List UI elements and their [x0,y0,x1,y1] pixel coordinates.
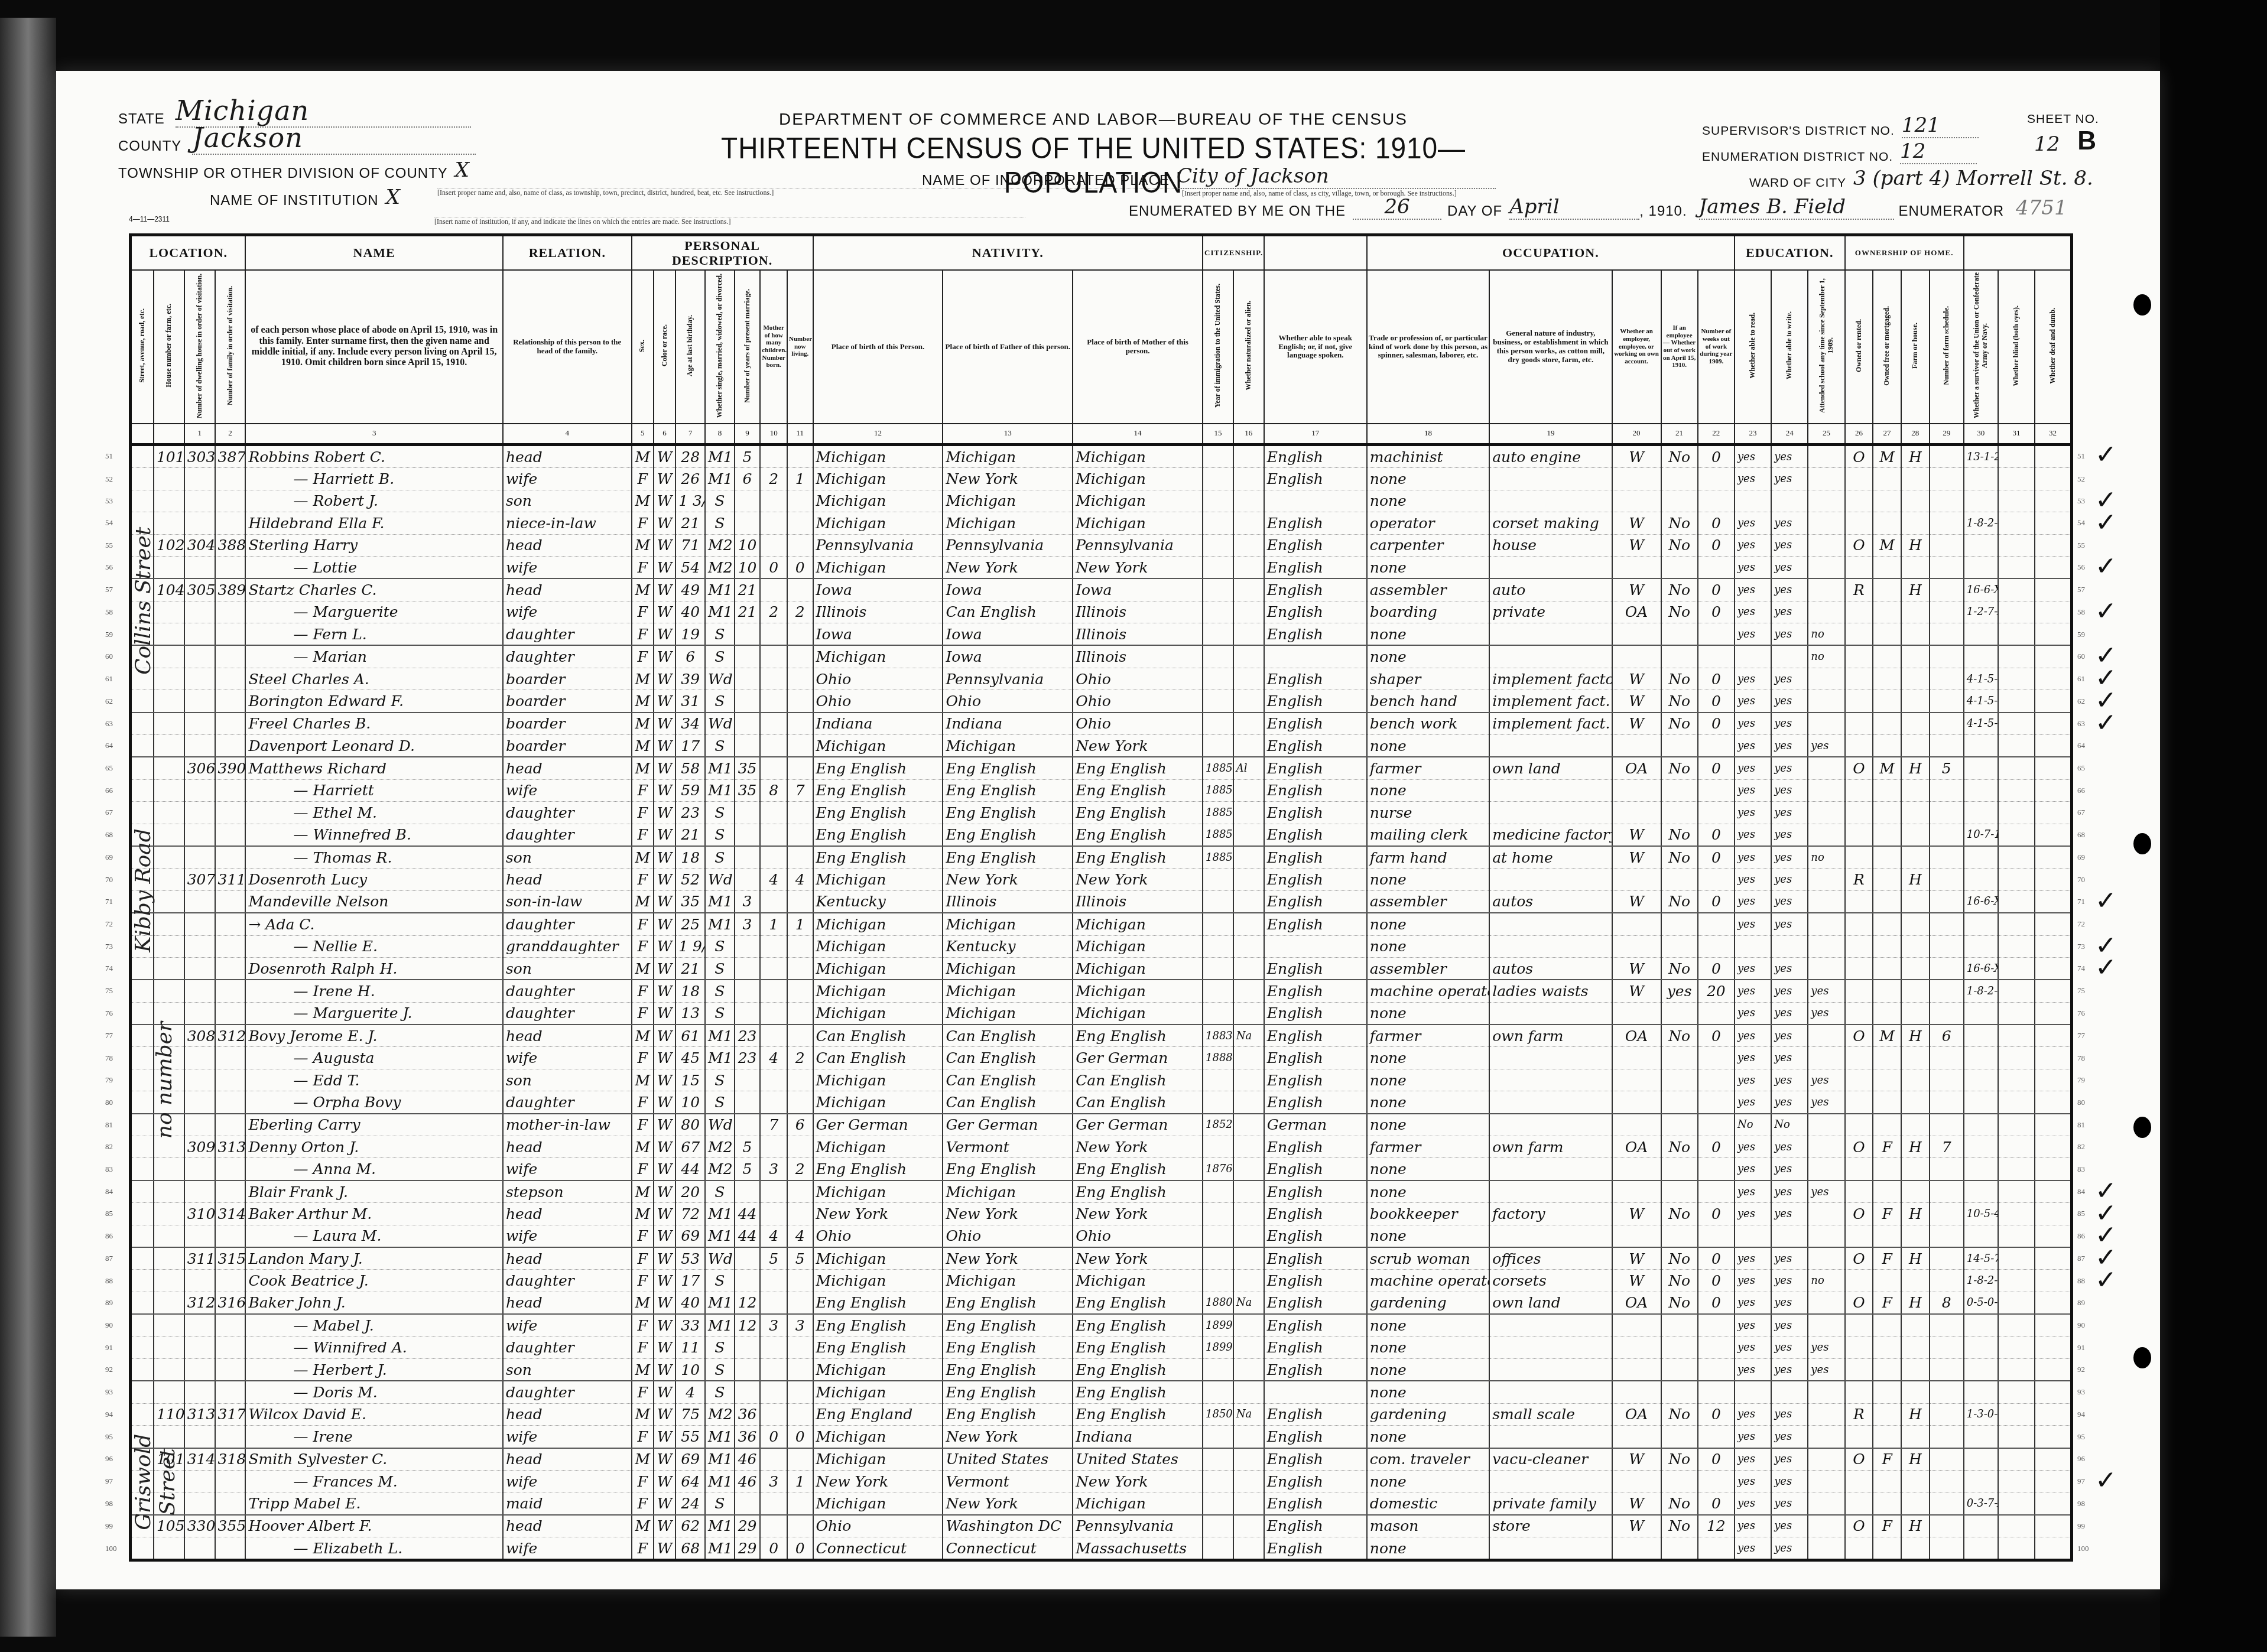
column-number: 30 [1964,424,1998,445]
cell-empty [131,1069,154,1091]
cell-c30 [1964,779,1998,801]
cell-english: English [1264,556,1367,578]
cell-dwelling: 310 [184,1203,215,1225]
cell-mortg [1873,1381,1901,1403]
cell-relation: head [503,534,632,556]
cell-pob: Indiana [813,713,943,735]
column-number: 11 [787,424,813,445]
cell-write: yes [1771,1247,1808,1270]
cell-relation: boarder [503,668,632,690]
cell-trade: farmer [1367,1136,1489,1158]
cell-empty [1998,935,2035,957]
punch-hole [2133,833,2151,854]
cell-living [787,444,813,467]
cell-race: W [654,1047,675,1069]
cell-empty [2035,1114,2071,1136]
cell-marital: M1 [705,601,735,623]
cell-outwork [1661,779,1698,801]
cell-name: → Ada C. [245,913,502,935]
cell-born [760,623,787,646]
line-number: 94 [2077,1403,2085,1425]
cell-c30 [1964,1470,1998,1492]
cell-house [154,1225,184,1247]
cell-mortg [1873,913,1901,935]
cell-house [154,1292,184,1314]
cell-c30 [1964,1225,1998,1247]
cell-born [760,1203,787,1225]
cell-weeks: 0 [1698,578,1735,601]
cell-english: English [1264,1537,1367,1560]
cell-owned [1845,1002,1873,1025]
column-number: 9 [735,424,761,445]
group-ownership: Ownership of Home. [1845,235,1964,271]
cell-trade: none [1367,869,1489,890]
cell-school [1808,1537,1844,1560]
cell-nat [1233,846,1264,869]
cell-farmhouse: H [1901,1515,1930,1537]
cell-school [1808,444,1844,467]
cell-pob-father: Eng English [943,1292,1073,1314]
line-number: 81 [105,1114,113,1136]
cell-schedule [1930,1002,1964,1025]
cell-weeks: 0 [1698,444,1735,467]
line-number: 59 [2077,623,2085,646]
cell-years-married: 10 [735,534,761,556]
cell-name: — Nellie E. [245,935,502,957]
cell-write: yes [1771,869,1808,890]
cell-english: English [1264,1492,1367,1515]
cell-read: yes [1735,623,1771,646]
cell-pob: Eng English [813,1314,943,1336]
cell-farmhouse [1901,1314,1930,1336]
cell-dwelling [184,1537,215,1560]
cell-industry [1489,802,1612,824]
cell-read: No [1735,1114,1771,1136]
cell-race: W [654,869,675,890]
cell-nat [1233,1136,1264,1158]
cell-read: yes [1735,512,1771,534]
cell-name: — Winnifred A. [245,1336,502,1358]
cell-schedule [1930,1203,1964,1225]
line-number: 57 [105,578,113,601]
cell-age: 34 [675,713,705,735]
cell-school [1808,668,1844,690]
cell-pob: New York [813,1470,943,1492]
cell-family [215,690,246,713]
cell-living [787,645,813,668]
cell-weeks [1698,1069,1735,1091]
cell-immig [1203,690,1233,713]
cell-pob-mother: Michigan [1073,1492,1203,1515]
cell-mortg [1873,668,1901,690]
cell-name: Eberling Carry [245,1114,502,1136]
column-number: 27 [1873,424,1901,445]
cell-outwork [1661,735,1698,757]
cell-name: Dosenroth Ralph H. [245,957,502,980]
cell-born [760,1381,787,1403]
cell-pob: New York [813,1203,943,1225]
film-right-edge [2160,0,2267,1652]
cell-emp: W [1612,824,1661,846]
cell-years-married: 46 [735,1448,761,1471]
cell-sex: M [632,1292,654,1314]
header-sex: Sex. [632,270,654,424]
cell-marital: M1 [705,1426,735,1448]
cell-race: W [654,534,675,556]
cell-marital: M1 [705,757,735,779]
cell-owned [1845,1091,1873,1114]
cell-industry: offices [1489,1247,1612,1270]
cell-marital: S [705,623,735,646]
census-row: — Fern L.daughterFW19SIowaIowaIllinoisEn… [131,623,2072,646]
cell-age: 21 [675,824,705,846]
cell-outwork [1661,935,1698,957]
cell-c30: 4-1-5-7 [1964,713,1998,735]
cell-pob-father: Eng English [943,1158,1073,1181]
census-row: — MargueritewifeFW40M12122IllinoisCan En… [131,601,2072,623]
cell-pob: Michigan [813,1358,943,1381]
cell-industry [1489,735,1612,757]
cell-emp: W [1612,1270,1661,1292]
cell-english: English [1264,534,1367,556]
cell-race: W [654,890,675,913]
census-row: Cook Beatrice J.daughterFW17SMichiganMic… [131,1270,2072,1292]
cell-marital: Wd [705,713,735,735]
cell-c30: 1-2-7-X [1964,601,1998,623]
cell-race: W [654,1426,675,1448]
group-extra [1964,235,2072,271]
line-number: 100 [2077,1537,2089,1560]
cell-owned [1845,1158,1873,1181]
cell-race: W [654,1091,675,1114]
cell-pob: Ohio [813,668,943,690]
checkmark-icon: ✓ [2095,1470,2117,1492]
line-number: 60 [2077,645,2085,668]
cell-weeks: 0 [1698,1448,1735,1471]
cell-pob-mother: Iowa [1073,578,1203,601]
cell-race: W [654,668,675,690]
cell-family [215,1047,246,1069]
cell-pob-father: Eng English [943,1314,1073,1336]
cell-born: 0 [760,1426,787,1448]
cell-pob-father: Ohio [943,1225,1073,1247]
line-number: 54 [105,512,113,534]
cell-age: 1 9/12 [675,935,705,957]
cell-pob-mother: Ohio [1073,690,1203,713]
cell-age: 64 [675,1470,705,1492]
cell-name: — Marguerite [245,601,502,623]
cell-c30: 4-1-5-7 [1964,668,1998,690]
cell-pob-father: Can English [943,1091,1073,1114]
cell-weeks [1698,1381,1735,1403]
cell-pob-mother: Michigan [1073,1270,1203,1292]
cell-owned [1845,1069,1873,1091]
cell-house [154,757,184,779]
cell-mortg [1873,556,1901,578]
cell-name: — Marian [245,645,502,668]
census-table-container: Location. Name Relation. Personal Descri… [129,233,2073,1562]
cell-race: W [654,757,675,779]
line-number: 60 [105,645,113,668]
cell-write: yes [1771,1537,1808,1560]
cell-pob-father: Eng English [943,1358,1073,1381]
cell-family: 317 [215,1403,246,1425]
cell-trade: mailing clerk [1367,824,1489,846]
cell-emp [1612,490,1661,512]
column-number: 13 [943,424,1073,445]
cell-school [1808,1292,1844,1314]
cell-years-married: 46 [735,1470,761,1492]
cell-race: W [654,1136,675,1158]
cell-mortg: M [1873,757,1901,779]
cell-industry [1489,645,1612,668]
cell-immig: 1899 [1203,1336,1233,1358]
enumeration-month: April [1509,195,1639,220]
cell-race: W [654,1158,675,1181]
header-name: of each person whose place of abode on A… [245,270,502,424]
cell-pob-mother: Eng English [1073,1158,1203,1181]
cell-industry: factory [1489,1203,1612,1225]
cell-nat [1233,1492,1264,1515]
header-read: Whether able to read. [1735,270,1771,424]
header-pob-person: Place of birth of this Person. [813,270,943,424]
cell-age: 40 [675,601,705,623]
cell-born [760,645,787,668]
cell-owned: R [1845,869,1873,890]
cell-relation: stepson [503,1181,632,1203]
cell-empty [131,1047,154,1069]
column-number: 1 [184,424,215,445]
cell-years-married: 6 [735,468,761,490]
cell-industry: vacu-cleaner [1489,1448,1612,1471]
cell-trade: scrub woman [1367,1247,1489,1270]
cell-family: 389 [215,578,246,601]
cell-english: English [1264,802,1367,824]
line-number: 65 [2077,757,2085,779]
cell-pob: Michigan [813,913,943,935]
cell-race: W [654,1492,675,1515]
cell-pob-father: New York [943,1426,1073,1448]
cell-write: yes [1771,957,1808,980]
column-number: 18 [1367,424,1489,445]
column-number: 25 [1808,424,1844,445]
census-row: Steel Charles A.boarderMW39WdOhioPennsyl… [131,668,2072,690]
cell-school [1808,779,1844,801]
line-number: 86 [2077,1225,2085,1247]
cell-empty [2035,846,2071,869]
cell-industry [1489,1358,1612,1381]
census-row: 1057330355Hoover Albert F.headMW62M129Oh… [131,1515,2072,1537]
header-farm-house: Farm or house. [1901,270,1930,424]
cell-industry: auto engine [1489,444,1612,467]
cell-pob-mother: Pennsylvania [1073,1515,1203,1537]
census-row: — Robert J.sonMW1 3/12SMichiganMichiganM… [131,490,2072,512]
cell-living: 0 [787,556,813,578]
header-deaf: Whether deaf and dumb. [2035,270,2071,424]
cell-race: W [654,444,675,467]
cell-weeks: 0 [1698,1492,1735,1515]
cell-pob-father: Illinois [943,890,1073,913]
cell-owned [1845,1114,1873,1136]
cell-owned [1845,1358,1873,1381]
cell-nat [1233,913,1264,935]
cell-outwork [1661,1158,1698,1181]
cell-years-married [735,1492,761,1515]
cell-sex: F [632,935,654,957]
cell-mortg [1873,468,1901,490]
cell-read: yes [1735,980,1771,1002]
cell-sex: F [632,779,654,801]
cell-age: 19 [675,623,705,646]
cell-immig: 1880 [1203,1292,1233,1314]
cell-age: 61 [675,1025,705,1047]
cell-trade: none [1367,490,1489,512]
cell-emp: W [1612,668,1661,690]
cell-pob: Michigan [813,1448,943,1471]
cell-born: 3 [760,1314,787,1336]
cell-empty [2035,1403,2071,1425]
cell-born [760,1025,787,1047]
cell-relation: wife [503,468,632,490]
margin-stamp-number: 4751 [2016,196,2067,220]
line-number: 85 [2077,1203,2085,1225]
cell-years-married [735,1247,761,1270]
cell-farmhouse: H [1901,1247,1930,1270]
cell-owned: O [1845,534,1873,556]
cell-marital: S [705,980,735,1002]
cell-trade: none [1367,1047,1489,1069]
cell-dwelling [184,690,215,713]
cell-english: English [1264,1515,1367,1537]
cell-pob-mother: New York [1073,1247,1203,1270]
cell-immig [1203,980,1233,1002]
cell-schedule [1930,1336,1964,1358]
cell-emp [1612,735,1661,757]
cell-c30 [1964,468,1998,490]
census-row: 306390Matthews RichardheadMW58M135Eng En… [131,757,2072,779]
cell-english: English [1264,846,1367,869]
header-marital: Whether single, married, widowed, or div… [705,270,735,424]
cell-emp [1612,1047,1661,1069]
cell-write: yes [1771,1336,1808,1358]
cell-school [1808,1314,1844,1336]
column-number: 21 [1661,424,1698,445]
cell-name: Baker Arthur M. [245,1203,502,1225]
cell-trade: none [1367,1181,1489,1203]
cell-marital: S [705,735,735,757]
cell-nat [1233,1314,1264,1336]
cell-schedule [1930,890,1964,913]
cell-sex: F [632,601,654,623]
cell-schedule [1930,1314,1964,1336]
cell-race: W [654,1358,675,1381]
cell-living [787,623,813,646]
cell-nat [1233,1225,1264,1247]
cell-empty [2035,490,2071,512]
cell-empty [2035,1158,2071,1181]
cell-nat [1233,735,1264,757]
cell-mortg [1873,578,1901,601]
cell-family [215,1314,246,1336]
cell-pob-father: Eng English [943,779,1073,801]
cell-family [215,779,246,801]
cell-c30 [1964,1047,1998,1069]
cell-born: 4 [760,869,787,890]
cell-empty [131,1358,154,1381]
cell-race: W [654,578,675,601]
cell-race: W [654,802,675,824]
cell-house [154,668,184,690]
cell-immig [1203,1537,1233,1560]
cell-relation: daughter [503,1381,632,1403]
cell-name: — Robert J. [245,490,502,512]
cell-empty [2035,713,2071,735]
cell-marital: M1 [705,913,735,935]
cell-schedule [1930,1403,1964,1425]
cell-race: W [654,1069,675,1091]
cell-sex: M [632,668,654,690]
header-left: StateMichigan CountyJackson Township or … [118,100,476,209]
cell-emp [1612,779,1661,801]
cell-read: yes [1735,1537,1771,1560]
header-veteran: Whether a survivor of the Union or Confe… [1964,270,1998,424]
cell-relation: wife [503,779,632,801]
cell-trade: none [1367,1314,1489,1336]
cell-years-married: 35 [735,757,761,779]
header-children-born: Mother of how many children. Number born… [760,270,787,424]
cell-nat [1233,490,1264,512]
cell-years-married [735,1336,761,1358]
cell-race: W [654,1025,675,1047]
cell-school [1808,1114,1844,1136]
cell-age: 18 [675,846,705,869]
cell-living [787,1492,813,1515]
cell-mortg [1873,957,1901,980]
cell-race: W [654,980,675,1002]
cell-owned: O [1845,444,1873,467]
cell-immig [1203,1069,1233,1091]
cell-family [215,890,246,913]
cell-nat [1233,869,1264,890]
cell-owned [1845,935,1873,957]
line-number: 67 [105,802,113,824]
cell-owned [1845,1270,1873,1292]
cell-sex: M [632,957,654,980]
cell-write: yes [1771,846,1808,869]
cell-empty [1998,1270,2035,1292]
cell-pob: Michigan [813,1091,943,1114]
cell-pob-mother: Can English [1073,1069,1203,1091]
cell-read: yes [1735,757,1771,779]
line-number: 92 [2077,1358,2085,1381]
cell-age: 21 [675,957,705,980]
cell-sex: F [632,1492,654,1515]
cell-emp: OA [1612,1136,1661,1158]
cell-living [787,1358,813,1381]
cell-school: no [1808,1270,1844,1292]
cell-weeks: 0 [1698,890,1735,913]
cell-owned [1845,846,1873,869]
column-number [154,424,184,445]
cell-school [1808,1225,1844,1247]
line-number: 91 [105,1336,113,1358]
cell-pob-father: Eng English [943,1403,1073,1425]
cell-relation: head [503,869,632,890]
cell-nat [1233,802,1264,824]
cell-race: W [654,713,675,735]
cell-farmhouse: H [1901,869,1930,890]
cell-empty [2035,980,2071,1002]
